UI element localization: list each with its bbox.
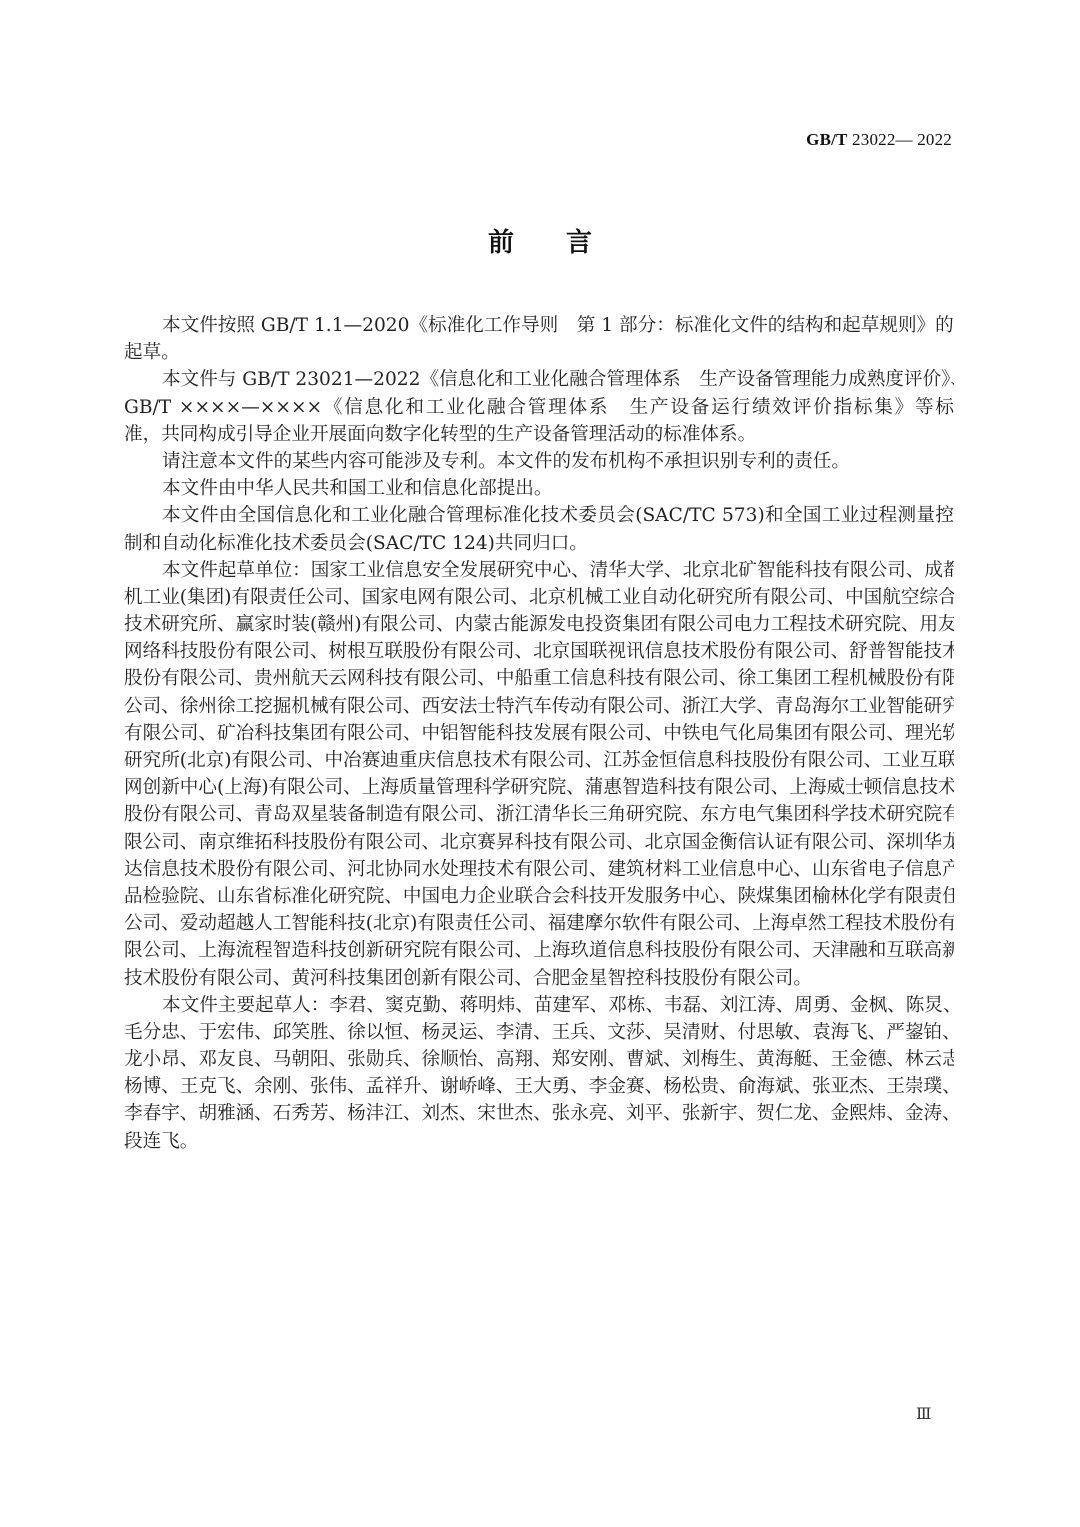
text-line: 股份有限公司、贵州航天云网科技有限公司、中船重工信息科技有限公司、徐工集团工程机… <box>124 665 954 692</box>
page-title: 前言 <box>0 222 1080 259</box>
text-line: 网络科技股份有限公司、树根互联股份有限公司、北京国联视讯信息技术股份有限公司、舒… <box>124 638 954 665</box>
document-page: GB/T 23022— 2022 前言 本文件按照 GB/T 1.1—2020《… <box>0 0 1080 1527</box>
text-line: 网创新中心(上海)有限公司、上海质量管理科学研究院、蒲惠智造科技有限公司、上海威… <box>124 774 954 801</box>
standard-prefix: GB/T <box>806 130 847 149</box>
paragraph-related-standards: 本文件与 GB/T 23021—2022《信息化和工业化融合管理体系 生产设备管… <box>124 366 954 448</box>
text-line: 准，共同构成引导企业开展面向数字化转型的生产设备管理活动的标准体系。 <box>124 421 954 448</box>
paragraph-patent-notice: 请注意本文件的某些内容可能涉及专利。本文件的发布机构不承担识别专利的责任。 <box>124 448 954 475</box>
text-line: 起草。 <box>124 339 954 366</box>
text-line: 本文件起草单位：国家工业信息安全发展研究中心、清华大学、北京北矿智能科技有限公司… <box>124 557 954 584</box>
text-line: 毛分忠、于宏伟、邱笑胜、徐以恒、杨灵运、李清、王兵、文莎、吴清财、付思敏、袁海飞… <box>124 1019 954 1046</box>
text-line: 品检验院、山东省标准化研究院、中国电力企业联合会科技开发服务中心、陕煤集团榆林化… <box>124 883 954 910</box>
text-line: 研究所(北京)有限公司、中冶赛迪重庆信息技术有限公司、江苏金恒信息科技股份有限公… <box>124 747 954 774</box>
text-line: 机工业(集团)有限责任公司、国家电网有限公司、北京机械工业自动化研究所有限公司、… <box>124 584 954 611</box>
text-line: 李春宇、胡雅涵、石秀芳、杨沣江、刘杰、宋世杰、张永亮、刘平、张新宇、贺仁龙、金熙… <box>124 1100 954 1127</box>
text-line: 制和自动化标准化技术委员会(SAC/TC 124)共同归口。 <box>124 530 954 557</box>
standard-number: GB/T 23022— 2022 <box>806 130 952 150</box>
text-line: 本文件由中华人民共和国工业和信息化部提出。 <box>124 475 954 502</box>
paragraph-main-drafters: 本文件主要起草人：李君、窦克勤、蒋明炜、苗建军、邓栋、韦磊、刘江涛、周勇、金枫、… <box>124 992 954 1155</box>
text-line: 本文件主要起草人：李君、窦克勤、蒋明炜、苗建军、邓栋、韦磊、刘江涛、周勇、金枫、… <box>124 992 954 1019</box>
text-line: 有限公司、矿冶科技集团有限公司、中铝智能科技发展有限公司、中铁电气化局集团有限公… <box>124 720 954 747</box>
paragraph-proposer: 本文件由中华人民共和国工业和信息化部提出。 <box>124 475 954 502</box>
text-line: 公司、爱动超越人工智能科技(北京)有限责任公司、福建摩尔软件有限公司、上海卓然工… <box>124 910 954 937</box>
text-line: GB/T ××××—××××《信息化和工业化融合管理体系 生产设备运行绩效评价指… <box>124 394 954 421</box>
text-line: 本文件按照 GB/T 1.1—2020《标准化工作导则 第 1 部分：标准化文件… <box>124 312 954 339</box>
text-line: 段连飞。 <box>124 1128 954 1155</box>
text-line: 杨博、王克飞、余刚、张伟、孟祥升、谢峤峰、王大勇、李金赛、杨松贵、俞海斌、张亚杰… <box>124 1073 954 1100</box>
paragraph-drafting-organizations: 本文件起草单位：国家工业信息安全发展研究中心、清华大学、北京北矿智能科技有限公司… <box>124 557 954 992</box>
paragraph-drafting-rules: 本文件按照 GB/T 1.1—2020《标准化工作导则 第 1 部分：标准化文件… <box>124 312 954 366</box>
text-line: 本文件由全国信息化和工业化融合管理标准化技术委员会(SAC/TC 573)和全国… <box>124 502 954 529</box>
text-line: 限公司、上海流程智造科技创新研究院有限公司、上海玖道信息科技股份有限公司、天津融… <box>124 937 954 964</box>
text-line: 达信息技术股份有限公司、河北协同水处理技术有限公司、建筑材料工业信息中心、山东省… <box>124 856 954 883</box>
text-line: 技术研究所、赢家时装(赣州)有限公司、内蒙古能源发电投资集团有限公司电力工程技术… <box>124 611 954 638</box>
paragraph-technical-committee: 本文件由全国信息化和工业化融合管理标准化技术委员会(SAC/TC 573)和全国… <box>124 502 954 556</box>
text-line: 股份有限公司、青岛双星装备制造有限公司、浙江清华长三角研究院、东方电气集团科学技… <box>124 801 954 828</box>
foreword-body: 本文件按照 GB/T 1.1—2020《标准化工作导则 第 1 部分：标准化文件… <box>124 312 954 1155</box>
text-line: 技术股份有限公司、黄河科技集团创新有限公司、合肥金星智控科技股份有限公司。 <box>124 965 954 992</box>
text-line: 限公司、南京维拓科技股份有限公司、北京赛昇科技有限公司、北京国金衡信认证有限公司… <box>124 829 954 856</box>
text-line: 公司、徐州徐工挖掘机械有限公司、西安法士特汽车传动有限公司、浙江大学、青岛海尔工… <box>124 693 954 720</box>
text-line: 本文件与 GB/T 23021—2022《信息化和工业化融合管理体系 生产设备管… <box>124 366 954 393</box>
text-line: 龙小昂、邓友良、马朝阳、张勋兵、徐顺怡、高翔、郑安刚、曹斌、刘梅生、黄海艇、王金… <box>124 1046 954 1073</box>
page-number: Ⅲ <box>916 1404 931 1424</box>
text-line: 请注意本文件的某些内容可能涉及专利。本文件的发布机构不承担识别专利的责任。 <box>124 448 954 475</box>
standard-code: 23022— 2022 <box>852 130 952 149</box>
